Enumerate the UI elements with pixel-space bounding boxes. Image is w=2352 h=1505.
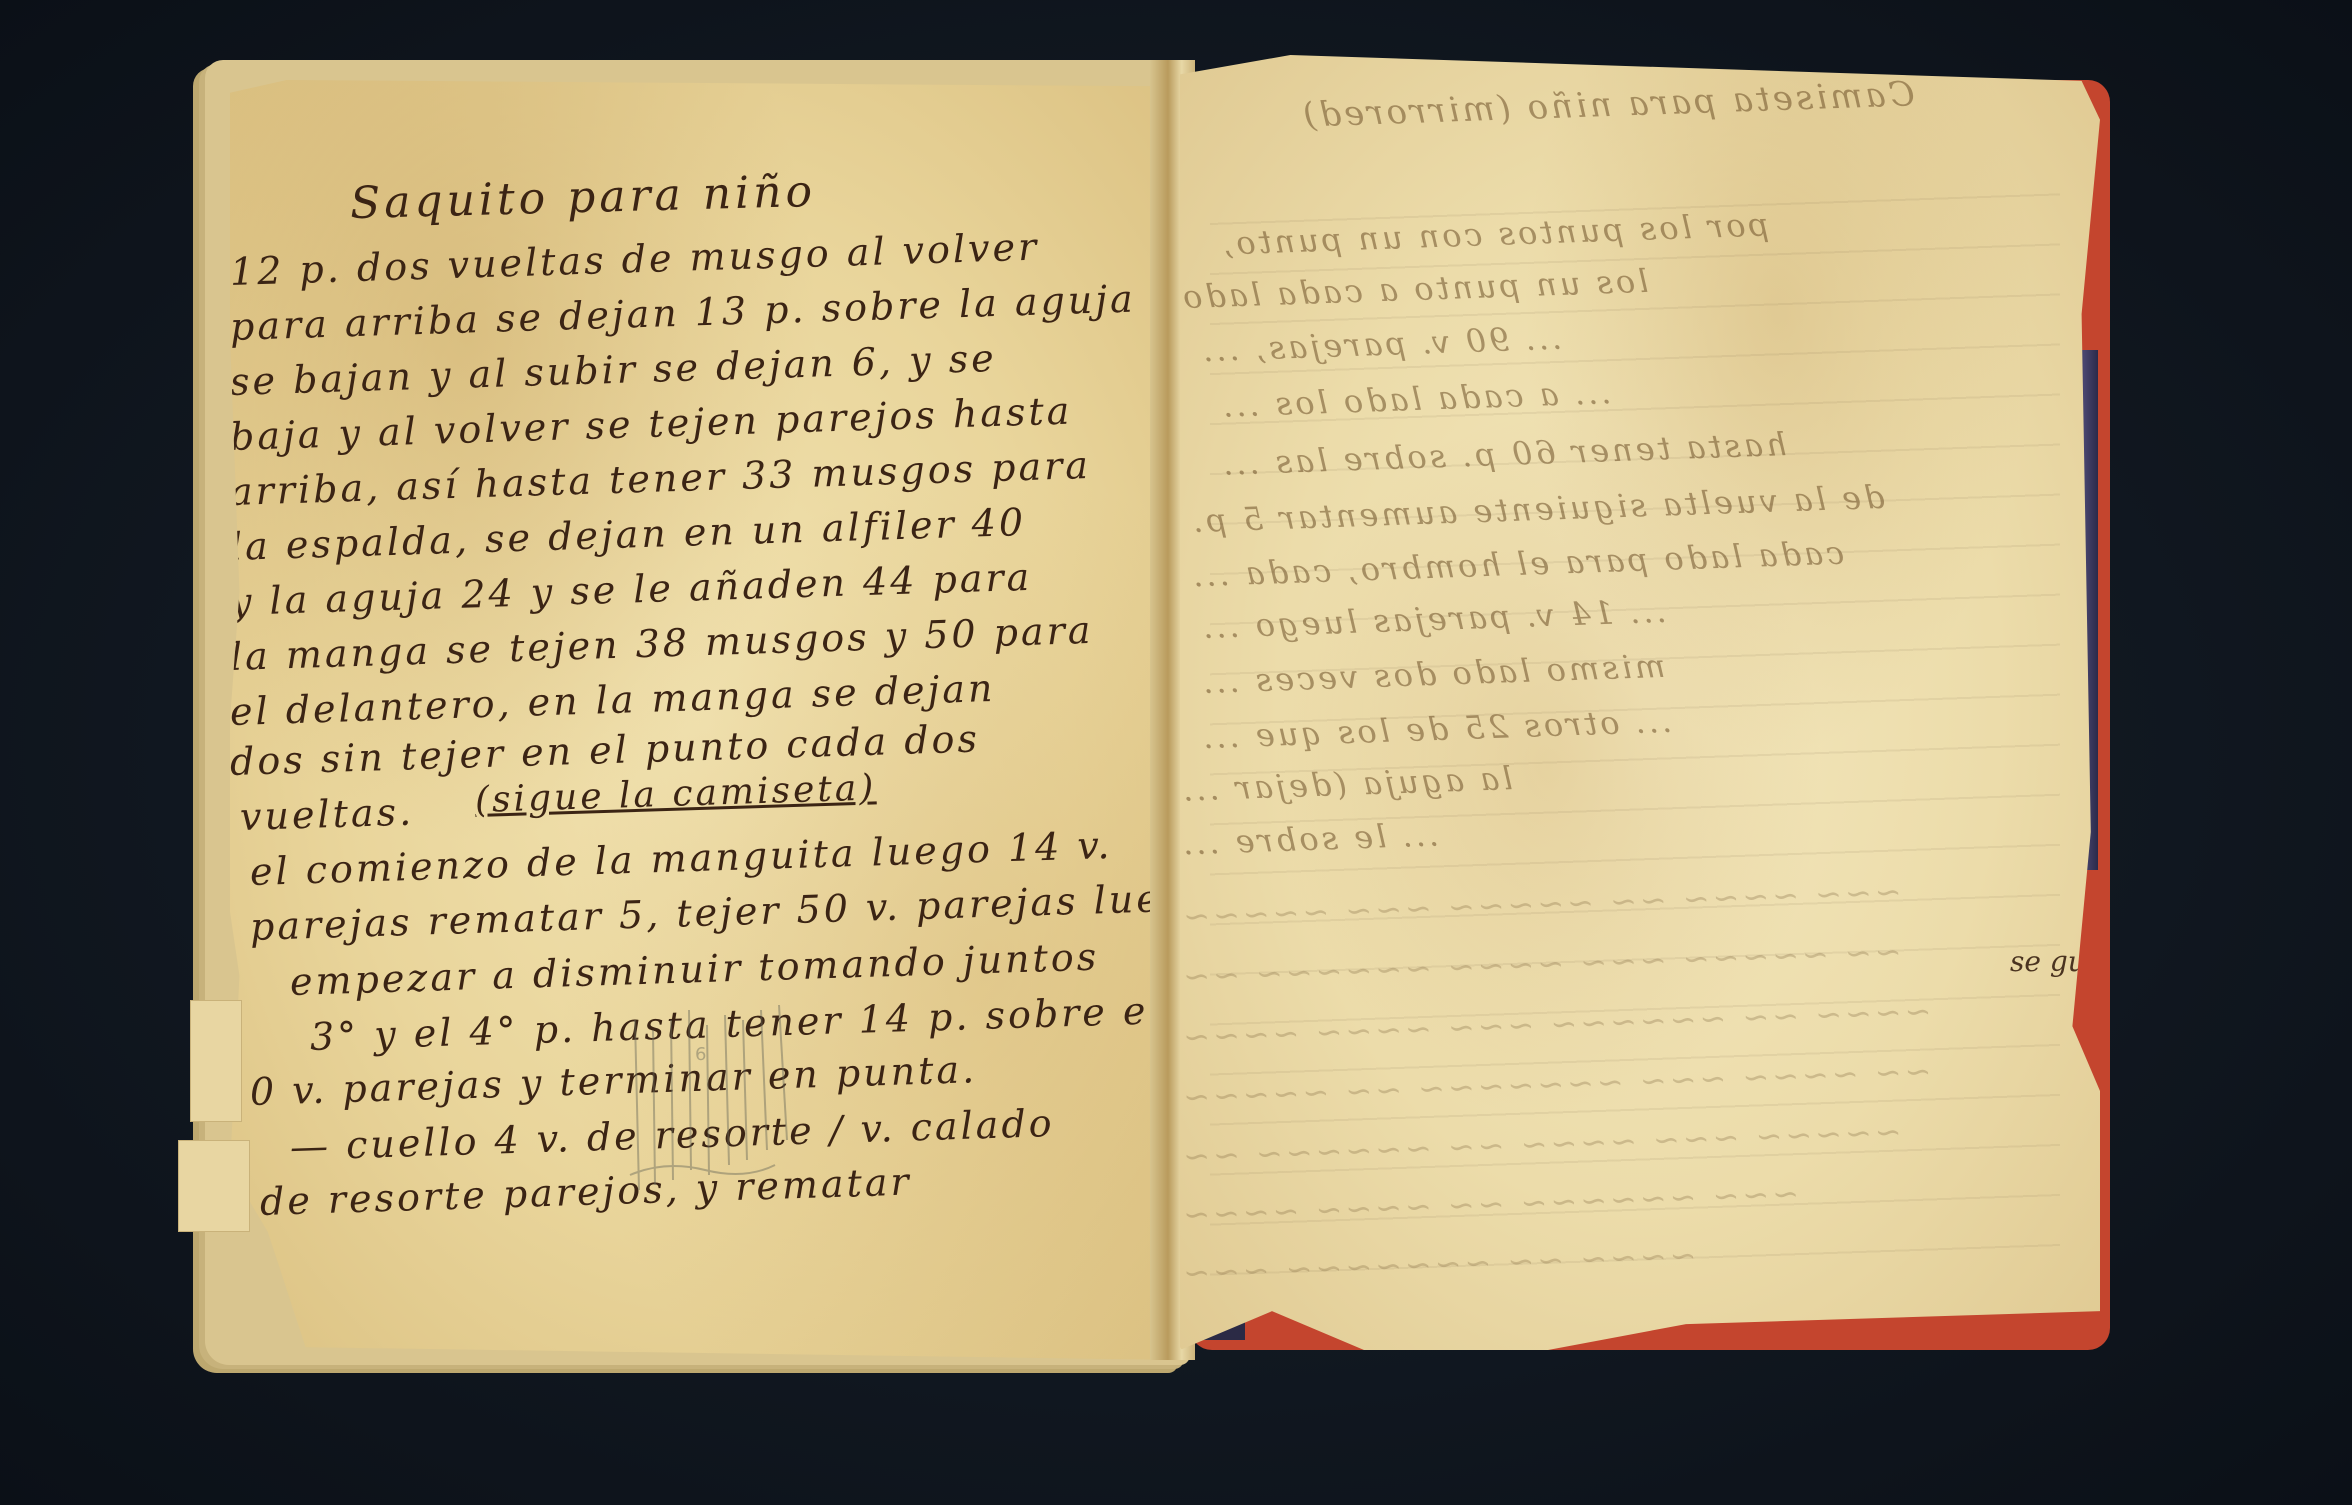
- bleed-header: Camiseta para niño (mirrored): [1299, 74, 1915, 135]
- bleed-line: ... 14 v. parejas luego ...: [1199, 592, 1667, 646]
- left-page: Saquito para niño 12 p. dos vueltas de m…: [230, 80, 1175, 1360]
- right-margin-note: se gu: [2010, 945, 2086, 978]
- bleed-line: ... le sobre ...: [1180, 815, 1440, 862]
- bleed-line: hasta tener 60 p. sobre las ...: [1220, 425, 1788, 483]
- bleed-line: ... 90 v. parejas, ...: [1199, 319, 1562, 370]
- bleed-line: mismo lado dos veces ...: [1199, 647, 1665, 701]
- bleed-line: la aguja (dejar ...: [1180, 759, 1513, 809]
- recipe-title: Saquito para niño: [349, 166, 816, 229]
- aside-note: (sigue la camiseta): [474, 767, 877, 821]
- text-line: vueltas.: [239, 790, 414, 839]
- svg-text:6: 6: [695, 1044, 706, 1065]
- bleed-line: cada lado para el hombro, cada ...: [1190, 534, 1845, 595]
- bleed-line: los un punto a cada lado: [1180, 262, 1649, 316]
- pencil-sketch: 6: [625, 1000, 800, 1200]
- right-page: Camiseta para niño (mirrored) por los pu…: [1180, 55, 2100, 1350]
- text-line: de resorte parejos, y rematar: [259, 1160, 912, 1224]
- bleed-line: ... a cada lado los ...: [1219, 373, 1612, 425]
- bleed-through-text: Camiseta para niño (mirrored) por los pu…: [1180, 55, 2100, 1350]
- torn-page-fragment: [190, 1000, 242, 1122]
- bleed-line: ... otros 25 de los que ...: [1199, 702, 1672, 756]
- bleed-line: por los puntos con un punto,: [1220, 205, 1770, 262]
- bleed-line: de la vuelta siguiente aumentar 5 p.: [1190, 478, 1886, 540]
- torn-page-fragment: [178, 1140, 250, 1232]
